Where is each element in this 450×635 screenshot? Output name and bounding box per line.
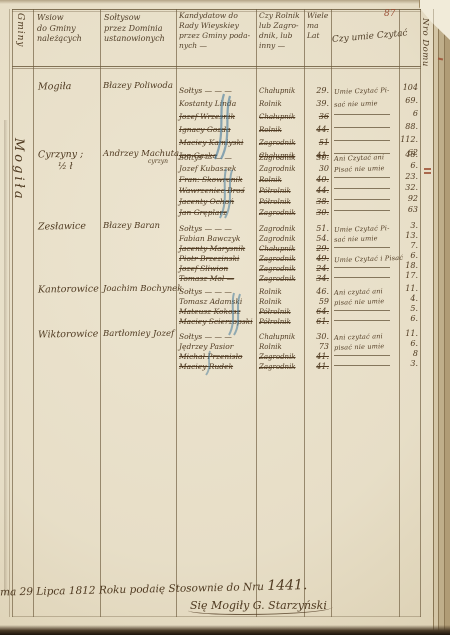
literacy-column: Ani czytać anipisać nie umie bbox=[334, 329, 397, 369]
house-number: 13. bbox=[399, 231, 418, 241]
house-number: 63 bbox=[399, 204, 418, 215]
house-number: 3. bbox=[399, 359, 418, 369]
house-number: 23. bbox=[399, 171, 418, 182]
occupation-cell: Zagrodnik bbox=[259, 271, 303, 281]
literacy-dash bbox=[334, 267, 390, 268]
soltys-name: Joachim Bochynek bbox=[103, 284, 177, 294]
literacy-dash bbox=[334, 277, 390, 278]
table-vline bbox=[433, 9, 434, 617]
house-number: 8 bbox=[399, 349, 418, 359]
age-cell: 59 bbox=[305, 294, 329, 304]
literacy-cell bbox=[334, 314, 397, 324]
header-candidates: Kandydatow do Rady Wieyskiey przez Gminy… bbox=[179, 11, 256, 51]
soltys-name: Błazey Baran bbox=[103, 221, 177, 231]
house-number: 32. bbox=[399, 182, 418, 193]
house-number: 6 bbox=[399, 107, 418, 120]
ink-mark-blue bbox=[221, 292, 243, 336]
table-hline-top bbox=[12, 9, 421, 10]
age-cell: 39. bbox=[305, 94, 329, 107]
house-number: 69. bbox=[399, 94, 418, 107]
scan-edge-bottom bbox=[0, 625, 450, 635]
literacy-cell bbox=[334, 204, 397, 215]
house-number: 6. bbox=[399, 314, 418, 324]
occupation-cell: Półrolnik bbox=[259, 193, 303, 204]
table-vline bbox=[33, 9, 34, 617]
occupation-cell: Rolnik bbox=[259, 284, 303, 294]
book-page-edges bbox=[433, 0, 450, 635]
candidate-row: Mateusz Kokosz bbox=[179, 304, 255, 314]
header-gmina: Gminy bbox=[15, 13, 25, 65]
age-cell: 36 bbox=[305, 107, 329, 120]
house-number: 6. bbox=[399, 160, 418, 171]
literacy-cell bbox=[334, 241, 397, 251]
house-number: 92 bbox=[399, 193, 418, 204]
literacy-cell: Ani czytać ani bbox=[334, 329, 397, 339]
age-cell: 51. bbox=[305, 221, 329, 231]
literacy-dash bbox=[334, 320, 390, 321]
house-number: 11. bbox=[399, 329, 418, 339]
footer-date-text: ma 29 Lipca 1812 Roku podaię Stosownie d… bbox=[0, 581, 267, 599]
village-name: Kantorowice bbox=[38, 283, 102, 295]
occupation-cell: Półrolnik bbox=[259, 182, 303, 193]
occupation-column: RolnikRolnikPółrolnikPółrolnik bbox=[259, 284, 303, 324]
house-number: 6. bbox=[399, 339, 418, 349]
literacy-cell: Pisać nie umie bbox=[334, 160, 397, 171]
house-column: 10469.688.112.62 bbox=[399, 81, 418, 159]
age-cell: 50. bbox=[305, 149, 329, 160]
literacy-dash bbox=[334, 355, 390, 356]
occupation-cell: Chałupnik bbox=[259, 329, 303, 339]
age-cell: 64. bbox=[305, 304, 329, 314]
occupation-cell: Zagrodnik bbox=[259, 261, 303, 271]
village-name: Zesławice bbox=[38, 220, 102, 232]
age-cell: 41. bbox=[305, 349, 329, 359]
soltys-note: cyrzyn bbox=[148, 158, 168, 165]
ink-mark-blue bbox=[202, 350, 214, 376]
age-column: 29.39.3644.5141. bbox=[305, 81, 329, 159]
literacy-cell bbox=[334, 304, 397, 314]
house-column: 48.6.23.32.9263 bbox=[399, 149, 418, 215]
occupation-cell: Rolnik bbox=[259, 339, 303, 349]
candidate-row: Tomasz Adamski bbox=[179, 294, 255, 304]
literacy-cell bbox=[334, 261, 397, 271]
occupation-cell: Zagrodnik bbox=[259, 149, 303, 160]
occupation-column: ChałupnikRolnikZagrodnikZagrodnik bbox=[259, 329, 303, 369]
literacy-dash bbox=[334, 177, 390, 178]
footer-date-line: ma 29 Lipca 1812 Roku podaię Stosownie d… bbox=[0, 576, 340, 599]
occupation-cell: Zagrodnik bbox=[259, 160, 303, 171]
village-name: Cyrzyny ; bbox=[38, 148, 102, 160]
house-column: 11.6.83. bbox=[399, 329, 418, 369]
footer-doc-number: 1441. bbox=[267, 577, 307, 594]
candidates-column: Sołtys — — —Jędrzey PasiorMichał Przenis… bbox=[179, 329, 255, 369]
house-number: 112. bbox=[399, 133, 418, 146]
literacy-cell: Umie Czytać i Pisać bbox=[334, 251, 397, 261]
candidate-row: Michał Przenisło bbox=[179, 349, 255, 359]
candidate-row: Maciey Rudek bbox=[179, 359, 255, 369]
occupation-cell: Zagrodnik bbox=[259, 204, 303, 215]
age-cell: 30. bbox=[305, 204, 329, 215]
occupation-cell: Zagrodnik bbox=[259, 251, 303, 261]
house-number: 5. bbox=[399, 304, 418, 314]
age-column: 30.7341.41. bbox=[305, 329, 329, 369]
literacy-dash bbox=[334, 310, 390, 311]
occupation-cell: Zagrodnik bbox=[259, 133, 303, 146]
literacy-column: Umie Czytać Pi-sać nie umie bbox=[334, 81, 397, 159]
age-cell: 40. bbox=[305, 171, 329, 182]
age-cell: 61. bbox=[305, 314, 329, 324]
ink-mark-blue bbox=[204, 92, 234, 162]
literacy-cell bbox=[334, 349, 397, 359]
soltys-name: Bartłomiey Jozef bbox=[103, 329, 177, 339]
age-cell: 29. bbox=[305, 241, 329, 251]
age-column: 46.5964.61. bbox=[305, 284, 329, 324]
soltys-name: Błazey Poliwoda bbox=[103, 81, 177, 91]
house-number: 48. bbox=[399, 149, 418, 160]
occupation-cell: Chałupnik bbox=[259, 241, 303, 251]
header-divider bbox=[12, 66, 421, 67]
literacy-column: Ani czytać anipisać nie umie bbox=[334, 284, 397, 324]
age-cell: 46. bbox=[305, 284, 329, 294]
literacy-dash bbox=[334, 247, 390, 248]
house-number: 18. bbox=[399, 261, 418, 271]
literacy-cell bbox=[334, 120, 397, 133]
literacy-cell bbox=[334, 182, 397, 193]
literacy-cell: Ani Czytać ani bbox=[334, 149, 397, 160]
occupation-column: ChałupnikRolnikChałupnikRolnikZagrodnikC… bbox=[259, 81, 303, 159]
age-column: 51.54.29.49.24.34. bbox=[305, 221, 329, 281]
occupation-cell: Półrolnik bbox=[259, 304, 303, 314]
footer-signature: Się Mogiły G. Starzyński bbox=[188, 599, 333, 615]
header-house-number: Nro Domu bbox=[420, 18, 430, 84]
house-column: 11.4.5.6. bbox=[399, 284, 418, 324]
age-cell: 44. bbox=[305, 182, 329, 193]
literacy-cell: Umie Czytać Pi- bbox=[334, 81, 397, 94]
village-note: ½ ł bbox=[58, 162, 73, 172]
occupation-cell: Zagrodnik bbox=[259, 349, 303, 359]
age-cell: 73 bbox=[305, 339, 329, 349]
candidate-row: Jozef Sliwion bbox=[179, 261, 255, 271]
table-vline bbox=[176, 9, 177, 617]
header-villages: Wsiow do Gminy należących bbox=[37, 13, 99, 45]
candidate-row: Piotr Brzezinski bbox=[179, 251, 255, 261]
literacy-dash bbox=[334, 140, 390, 141]
house-number: 7. bbox=[399, 241, 418, 251]
occupation-cell: Zagrodnik bbox=[259, 221, 303, 231]
candidates-column: Sołtys — — —Tomasz AdamskiMateusz Kokosz… bbox=[179, 284, 255, 324]
occupation-cell: Rolnik bbox=[259, 171, 303, 182]
literacy-cell bbox=[334, 171, 397, 182]
occupation-cell: Rolnik bbox=[259, 294, 303, 304]
house-number: 104 bbox=[399, 81, 418, 94]
occupation-cell: Półrolnik bbox=[259, 314, 303, 324]
page-number: 87 bbox=[384, 9, 395, 19]
ink-mark-blue bbox=[211, 168, 235, 220]
age-cell: 34. bbox=[305, 271, 329, 281]
literacy-cell bbox=[334, 193, 397, 204]
candidate-row: Sołtys — — — bbox=[179, 221, 255, 231]
paper-crease bbox=[4, 120, 8, 595]
table-vline bbox=[9, 9, 10, 617]
manuscript-page: Gminy Wsiow do Gminy należących Sołtysow… bbox=[0, 0, 450, 635]
candidates-column: Sołtys — — —Fabian BawczykJacenty Marysn… bbox=[179, 221, 255, 281]
candidate-row: Jacenty Marysnik bbox=[179, 241, 255, 251]
occupation-cell: Chałupnik bbox=[259, 107, 303, 120]
literacy-cell bbox=[334, 359, 397, 369]
age-cell: 29. bbox=[305, 81, 329, 94]
literacy-dash bbox=[334, 199, 390, 200]
age-cell: 41. bbox=[305, 359, 329, 369]
table-vline bbox=[256, 9, 257, 617]
candidate-name: Tomasz Mol — bbox=[179, 274, 234, 283]
literacy-cell: Ani czytać ani bbox=[334, 284, 397, 294]
table-vline bbox=[12, 9, 13, 617]
scan-edge-top bbox=[0, 0, 450, 4]
header-soltys: Sołtysow przez Dominia ustanowionych bbox=[104, 13, 176, 45]
table-vline bbox=[331, 9, 332, 617]
literacy-cell: pisać nie umie bbox=[334, 294, 397, 304]
house-number: 17. bbox=[399, 271, 418, 281]
occupation-column: ZagrodnikZagrodnikChałupnikZagrodnikZagr… bbox=[259, 221, 303, 281]
house-number: 4. bbox=[399, 294, 418, 304]
candidate-row: Sołtys — — — bbox=[179, 284, 255, 294]
literacy-cell: sać nie umie bbox=[334, 231, 397, 241]
literacy-cell bbox=[334, 107, 397, 120]
house-number: 88. bbox=[399, 120, 418, 133]
occupation-column: ZagrodnikZagrodnikRolnikPółrolnikPółroln… bbox=[259, 149, 303, 215]
age-cell: 24. bbox=[305, 261, 329, 271]
age-cell: 51 bbox=[305, 133, 329, 146]
table-vline bbox=[420, 9, 421, 617]
candidate-row: Sołtys — — — bbox=[179, 329, 255, 339]
literacy-dash bbox=[334, 127, 390, 128]
age-cell: 49. bbox=[305, 251, 329, 261]
occupation-cell: Chałupnik bbox=[259, 81, 303, 94]
table-hline-bottom bbox=[12, 616, 421, 617]
house-number: 6. bbox=[399, 251, 418, 261]
literacy-cell bbox=[334, 271, 397, 281]
age-column: 50.3040.44.38.30. bbox=[305, 149, 329, 215]
village-name: Wiktorowice bbox=[38, 328, 102, 340]
header-literacy: Czy umie Czytać bbox=[332, 29, 403, 46]
age-cell: 44. bbox=[305, 120, 329, 133]
candidate-row: Maciey Scierzopski bbox=[179, 314, 255, 324]
occupation-cell: Rolnik bbox=[259, 120, 303, 133]
margin-mark bbox=[424, 168, 431, 170]
house-column: 3.13.7.6.18.17. bbox=[399, 221, 418, 281]
gmina-name-label: Mogiła bbox=[11, 138, 26, 273]
literacy-cell: Umie Czytać Pi- bbox=[334, 221, 397, 231]
candidate-row: Fabian Bawczyk bbox=[179, 231, 255, 241]
house-number: 11. bbox=[399, 284, 418, 294]
candidate-row: Jędrzey Pasior bbox=[179, 339, 255, 349]
age-cell: 30. bbox=[305, 329, 329, 339]
age-cell: 54. bbox=[305, 231, 329, 241]
literacy-cell bbox=[334, 133, 397, 146]
occupation-cell: Rolnik bbox=[259, 94, 303, 107]
house-number: 3. bbox=[399, 221, 418, 231]
occupation-cell: Zagrodnik bbox=[259, 359, 303, 369]
header-divider2 bbox=[12, 68, 421, 69]
age-cell: 30 bbox=[305, 160, 329, 171]
candidate-row: Tomasz Mol — bbox=[179, 271, 255, 281]
age-cell: 38. bbox=[305, 193, 329, 204]
literacy-column: Ani Czytać aniPisać nie umie bbox=[334, 149, 397, 215]
table-vline bbox=[100, 9, 101, 617]
header-occupation: Czy Rolnik lub Zagro- dnik, lub inny — bbox=[259, 11, 304, 51]
occupation-cell: Zagrodnik bbox=[259, 231, 303, 241]
header-age: Wiele ma Lat bbox=[307, 11, 332, 41]
village-name: Mogiła bbox=[38, 80, 102, 92]
literacy-dash bbox=[334, 365, 390, 366]
literacy-dash bbox=[334, 114, 390, 115]
literacy-dash bbox=[334, 188, 390, 189]
literacy-column: Umie Czytać Pi-sać nie umieUmie Czytać i… bbox=[334, 221, 397, 281]
literacy-cell: sać nie umie bbox=[334, 94, 397, 107]
literacy-cell: pisać nie umie bbox=[334, 339, 397, 349]
literacy-dash bbox=[334, 210, 390, 211]
